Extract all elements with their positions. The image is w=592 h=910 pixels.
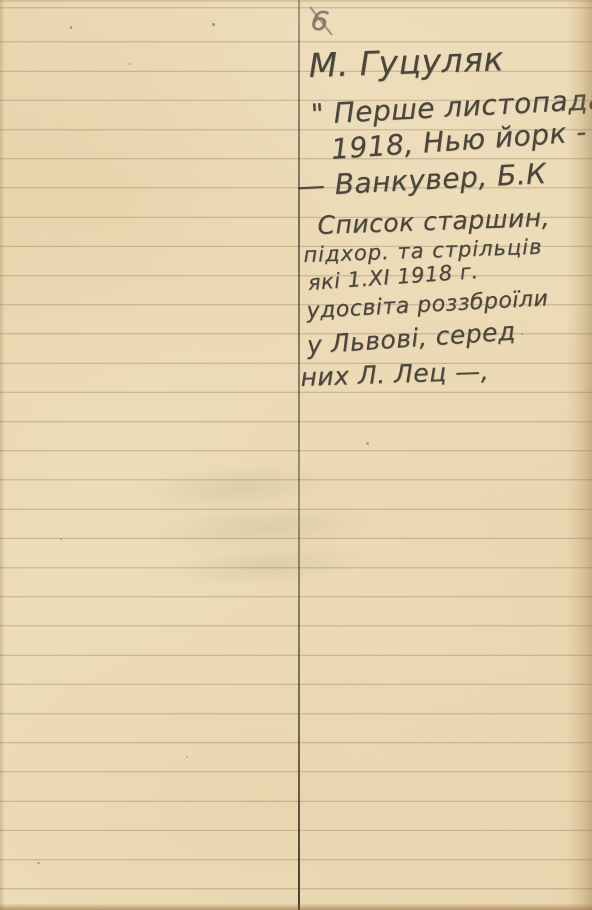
- ink-bleed-through-mark: [149, 499, 381, 556]
- dirt-speck: [60, 538, 62, 540]
- handwriting-line-author: М. Гуцуляк: [308, 39, 504, 85]
- dirt-speck: [521, 333, 523, 335]
- ink-bleed-through-mark: [169, 538, 371, 592]
- center-fold-line: [298, 0, 300, 910]
- scan-edge-right: [566, 0, 592, 910]
- dirt-speck: [366, 442, 369, 445]
- notebook-page: 6 М. Гуцуляк " Перше листопада 1918, Нью…: [0, 0, 592, 910]
- dirt-speck: [212, 23, 215, 26]
- handwriting-line-note-1: Список старшин,: [317, 203, 550, 240]
- scan-edge-bottom: [0, 903, 592, 910]
- ink-bleed-through-mark: [139, 458, 342, 517]
- handwriting-line-note-5: у Львові, серед: [306, 316, 517, 360]
- dirt-speck: [186, 756, 188, 758]
- scan-edge-top: [0, 0, 592, 3]
- scan-edge-left: [0, 0, 5, 910]
- dirt-speck: [37, 862, 40, 864]
- dirt-speck: [129, 63, 131, 65]
- dirt-speck: [70, 26, 72, 29]
- handwriting-line-note-6: них Л. Лец —,: [300, 356, 490, 392]
